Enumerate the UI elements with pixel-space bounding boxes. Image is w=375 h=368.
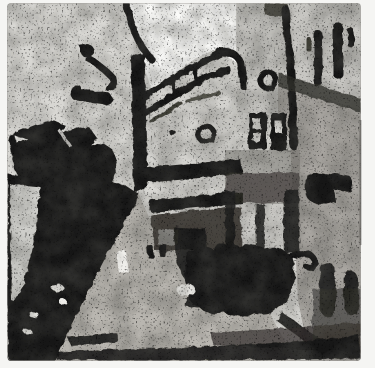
aquatint-mottle <box>7 3 361 361</box>
etching-print: Black-and-white etching print of a narro… <box>0 0 375 368</box>
plate <box>7 3 361 368</box>
etching-canvas <box>0 0 375 368</box>
